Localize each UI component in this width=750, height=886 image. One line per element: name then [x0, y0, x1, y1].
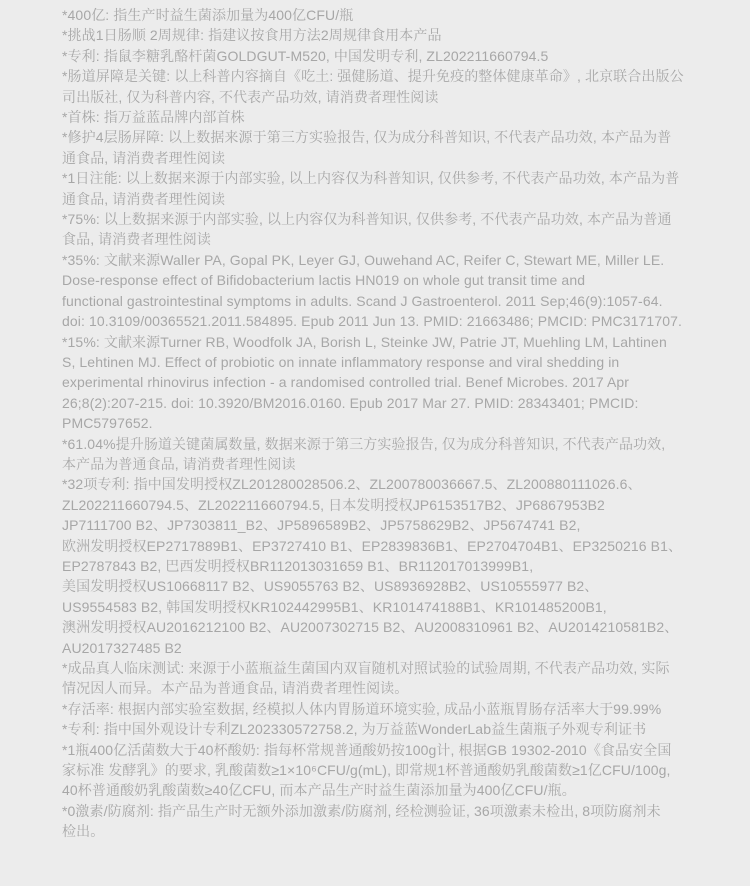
disclaimer-paragraph: *首株: 指万益蓝品牌内部首株: [62, 107, 692, 127]
page: { "page_background": "#ececec", "text_co…: [0, 0, 750, 886]
disclaimer-paragraph: *75%: 以上数据来源于内部实验, 以上内容仅为科普知识, 仅供参考, 不代表…: [62, 209, 692, 250]
disclaimer-paragraph: *修护4层肠屏障: 以上数据来源于第三方实验报告, 仅为成分科普知识, 不代表产…: [62, 127, 692, 168]
disclaimer-paragraph: *32项专利: 指中国发明授权ZL201280028506.2、ZL200780…: [62, 474, 692, 658]
disclaimer-paragraph: *1瓶400亿活菌数大于40杯酸奶: 指每杯常规普通酸奶按100g计, 根据GB…: [62, 740, 692, 801]
disclaimer-paragraph: *成品真人临床测试: 来源于小蓝瓶益生菌国内双盲随机对照试验的试验周期, 不代表…: [62, 658, 692, 699]
disclaimer-paragraph: *存活率: 根据内部实验室数据, 经模拟人体内胃肠道环境实验, 成品小蓝瓶胃肠存…: [62, 699, 692, 719]
disclaimer-paragraph: *1日注能: 以上数据来源于内部实验, 以上内容仅为科普知识, 仅供参考, 不代…: [62, 168, 692, 209]
disclaimer-paragraph: *专利: 指鼠李糖乳酪杆菌GOLDGUT-M520, 中国发明专利, ZL202…: [62, 46, 692, 66]
disclaimer-paragraph: *400亿: 指生产时益生菌添加量为400亿CFU/瓶: [62, 5, 692, 25]
disclaimer-paragraph: *肠道屏障是关键: 以上科普内容摘自《吃土: 强健肠道、提升免疫的整体健康革命》…: [62, 66, 692, 107]
disclaimer-paragraph: *61.04%提升肠道关键菌属数量, 数据来源于第三方实验报告, 仅为成分科普知…: [62, 434, 692, 475]
disclaimer-paragraph: *35%: 文献来源Waller PA, Gopal PK, Leyer GJ,…: [62, 250, 692, 332]
disclaimer-paragraph: *0激素/防腐剂: 指产品生产时无额外添加激素/防腐剂, 经检测验证, 36项激…: [62, 801, 692, 842]
disclaimer-paragraph: *15%: 文献来源Turner RB, Woodfolk JA, Borish…: [62, 332, 692, 434]
disclaimer-paragraph: *专利: 指中国外观设计专利ZL202330572758.2, 为万益蓝Wond…: [62, 719, 692, 739]
disclaimer-paragraph: *挑战1日肠顺 2周规律: 指建议按食用方法2周规律食用本产品: [62, 25, 692, 45]
disclaimer-section: *400亿: 指生产时益生菌添加量为400亿CFU/瓶*挑战1日肠顺 2周规律:…: [0, 0, 750, 886]
